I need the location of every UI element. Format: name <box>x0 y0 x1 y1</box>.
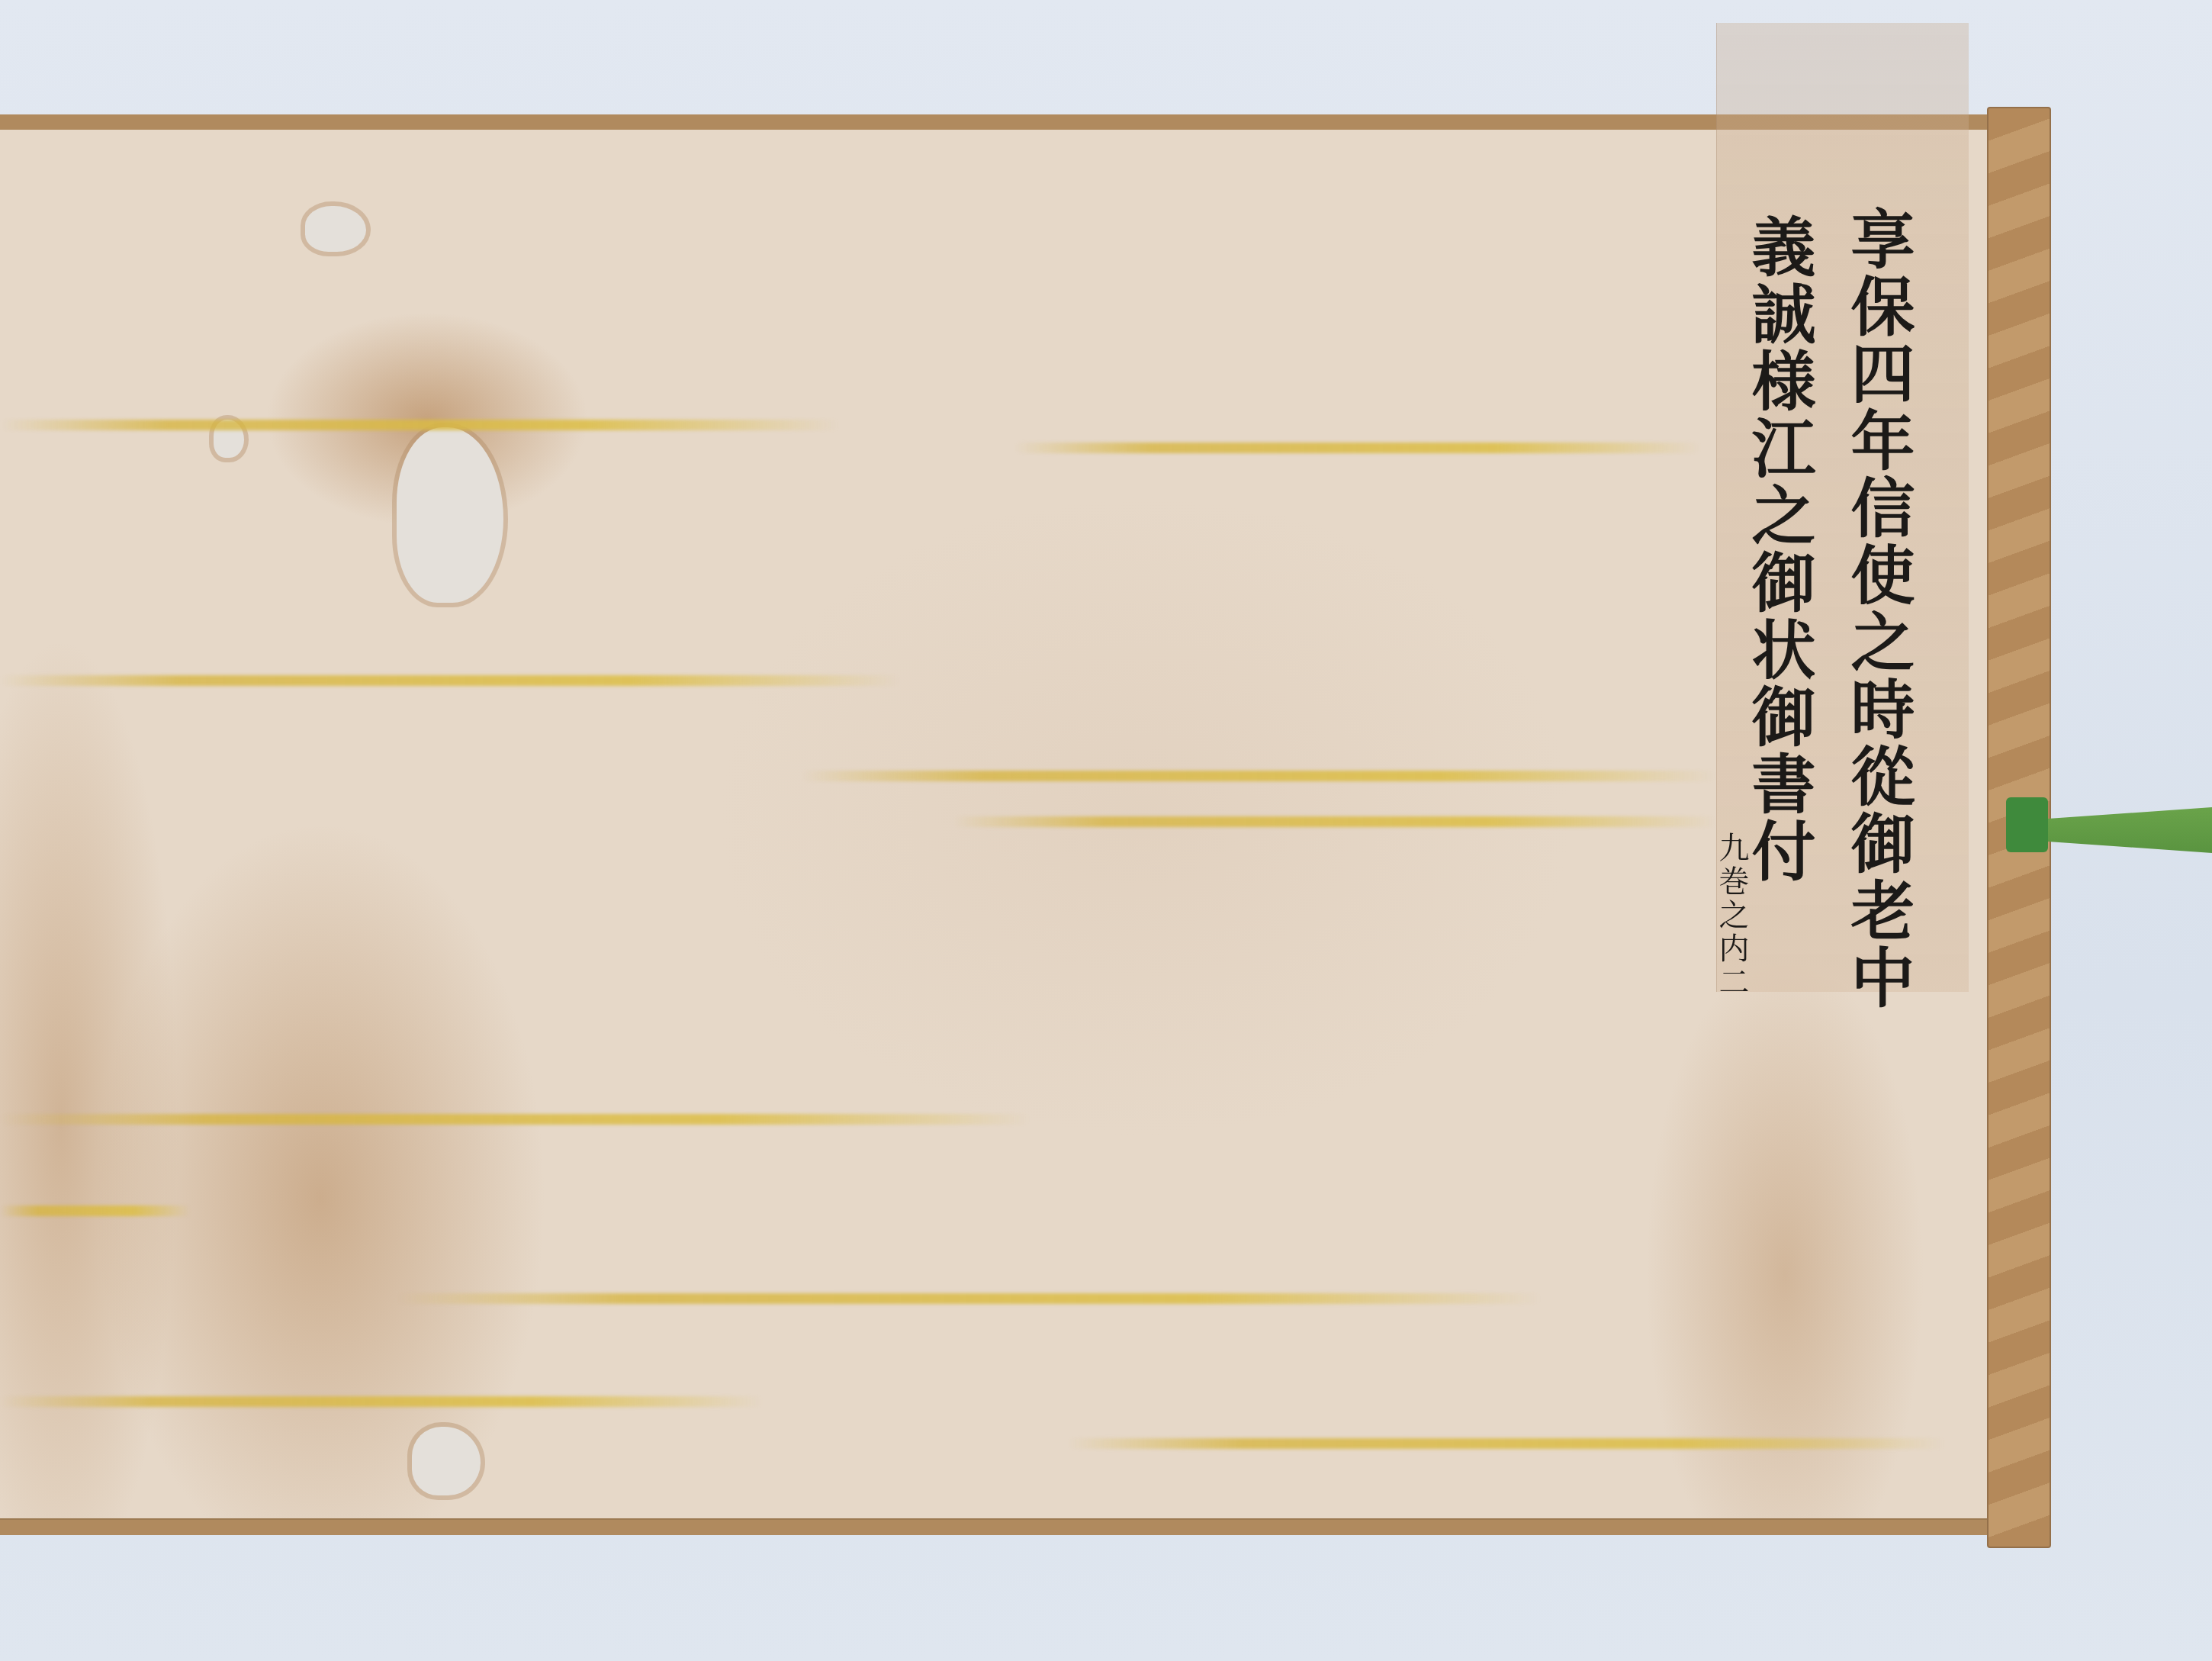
gold-fleck-band <box>0 675 900 686</box>
paper-loss-patch <box>305 206 366 252</box>
ribbon-knot <box>2006 797 2048 852</box>
scroll-paper <box>0 130 1991 1520</box>
scroll-bottom-border <box>0 1518 2014 1535</box>
scroll-top-border <box>0 114 2014 131</box>
gold-fleck-band <box>0 420 839 430</box>
gold-fleck-band <box>397 1293 1541 1304</box>
volume-annotation: 九巻之内二 <box>1716 832 1747 999</box>
gold-fleck-band <box>1014 443 1701 453</box>
paper-loss-patch <box>397 427 503 603</box>
paper-loss-patch <box>412 1427 481 1495</box>
gold-fleck-band <box>801 771 1716 781</box>
gold-fleck-band <box>953 816 1716 827</box>
label-text-right-column: 享保四年信使之時從御老中 <box>1846 206 1910 1012</box>
gold-fleck-band <box>0 1206 191 1216</box>
gold-fleck-band <box>0 1396 763 1407</box>
handscroll <box>0 114 2014 1535</box>
gold-fleck-band <box>0 1114 1030 1125</box>
gold-fleck-band <box>1068 1438 1945 1449</box>
label-text-left-column: 義誠様江之御状御書付 <box>1747 214 1811 885</box>
